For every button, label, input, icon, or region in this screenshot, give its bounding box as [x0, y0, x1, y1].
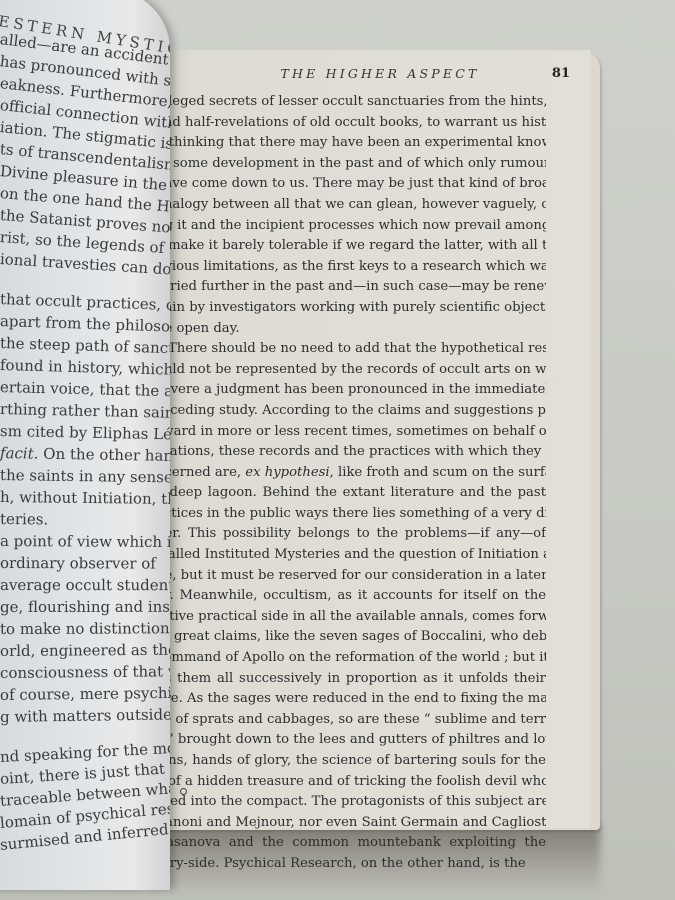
text-line: ge, flourishing and insistent [0, 596, 170, 618]
text-line: orld, engineered as they are [0, 639, 170, 662]
text-line: ered into the compact. The protagonists … [150, 792, 546, 813]
text-line: alleged secrets of lesser occult sanctua… [150, 92, 546, 113]
text-line: h, without Initiation, they [0, 486, 170, 510]
page-number: 81 [552, 66, 570, 81]
left-body-text: alled—are an accident ofhas pronounced w… [0, 28, 170, 856]
text-line: der. This possibility belongs to the pro… [150, 524, 546, 545]
text-line: the saints in any sense [0, 464, 170, 489]
text-line: have come down to us. There may be just … [150, 174, 546, 195]
text-line: a point of view which is [0, 530, 170, 553]
text-line: Casanova and the common mountebank explo… [150, 833, 546, 854]
text-line: ce of sprats and cabbages, so are these … [150, 710, 546, 731]
text-line: ure. As the sages were reduced in the en… [150, 689, 546, 710]
body-text: alleged secrets of lesser occult sanctua… [150, 92, 546, 875]
text-line: th great claims, like the seven sages of… [150, 627, 546, 648]
text-line: of course, mere psychical [0, 682, 170, 706]
text-line: o make it barely tolerable if we regard … [150, 236, 546, 257]
right-page: THE HIGHER ASPECT 81 alleged secrets of … [150, 50, 590, 828]
text-line: analogy between all that we can glean, h… [150, 195, 546, 216]
text-line: ordinary observer of [0, 552, 170, 575]
text-line: ions, hands of glory, the science of bar… [150, 751, 546, 772]
text-line: actices in the public ways there lies so… [150, 504, 546, 525]
text-line: g with matters outside the [0, 703, 170, 728]
text-line: rward in more or less recent times, some… [150, 422, 546, 443]
text-line: teries. [0, 508, 170, 532]
left-page-curled: ESTERN MYSTIC alled—are an accident ofha… [0, 0, 170, 890]
text-line: There should be no need to add that the … [150, 339, 546, 360]
text-line: consciousness of that which [0, 660, 170, 684]
text-line: Zanoni and Mejnour, nor even Saint Germa… [150, 813, 546, 834]
text-line: to make no distinction between [0, 617, 170, 640]
text-line: e of a hidden treasure and of tricking t… [150, 772, 546, 793]
text-line: a deep lagoon. Behind the extant literat… [150, 483, 546, 504]
text-line: gain by investigators working with purel… [150, 298, 546, 319]
text-line: s ” brought down to the lees and gutters… [150, 730, 546, 751]
text-line: arried further in the past and—in such c… [150, 277, 546, 298]
printer-mark [180, 788, 187, 795]
text-line: and half-revelations of old occult books… [150, 113, 546, 134]
text-line: receding study. According to the claims … [150, 401, 546, 422]
text-line: ay. Meanwhile, occultism, as it accounts… [150, 586, 546, 607]
text-line: command of Apollo on the reformation of … [150, 648, 546, 669]
text-line: ng it and the incipient processes which … [150, 216, 546, 237]
text-line: he open day. [150, 319, 546, 340]
italic-phrase: ex hypothesi [245, 465, 329, 480]
text-line: average occult student; [0, 574, 170, 596]
text-line: itiations, these records and the practic… [150, 442, 546, 463]
text-line: n thinking that there may have been an e… [150, 133, 546, 154]
text-line: ge, but it must be reserved for our cons… [150, 566, 546, 587]
text-line: ncerned are, ex hypothesi, like froth an… [150, 463, 546, 484]
text-line: bvious limitations, as the first keys to… [150, 257, 546, 278]
italic-phrase: facit [0, 444, 34, 463]
text-line: ould not be represented by the records o… [150, 360, 546, 381]
text-line: ntry-side. Psychical Research, on the ot… [150, 854, 546, 875]
text-line: ds them all successively in proportion a… [150, 669, 546, 690]
running-head: THE HIGHER ASPECT [230, 66, 530, 81]
text-line: tative practical side in all the availab… [150, 607, 546, 628]
text-line: severe a judgment has been pronounced in… [150, 380, 546, 401]
text-line: -called Instituted Mysteries and the que… [150, 545, 546, 566]
text-line: of some development in the past and of w… [150, 154, 546, 175]
